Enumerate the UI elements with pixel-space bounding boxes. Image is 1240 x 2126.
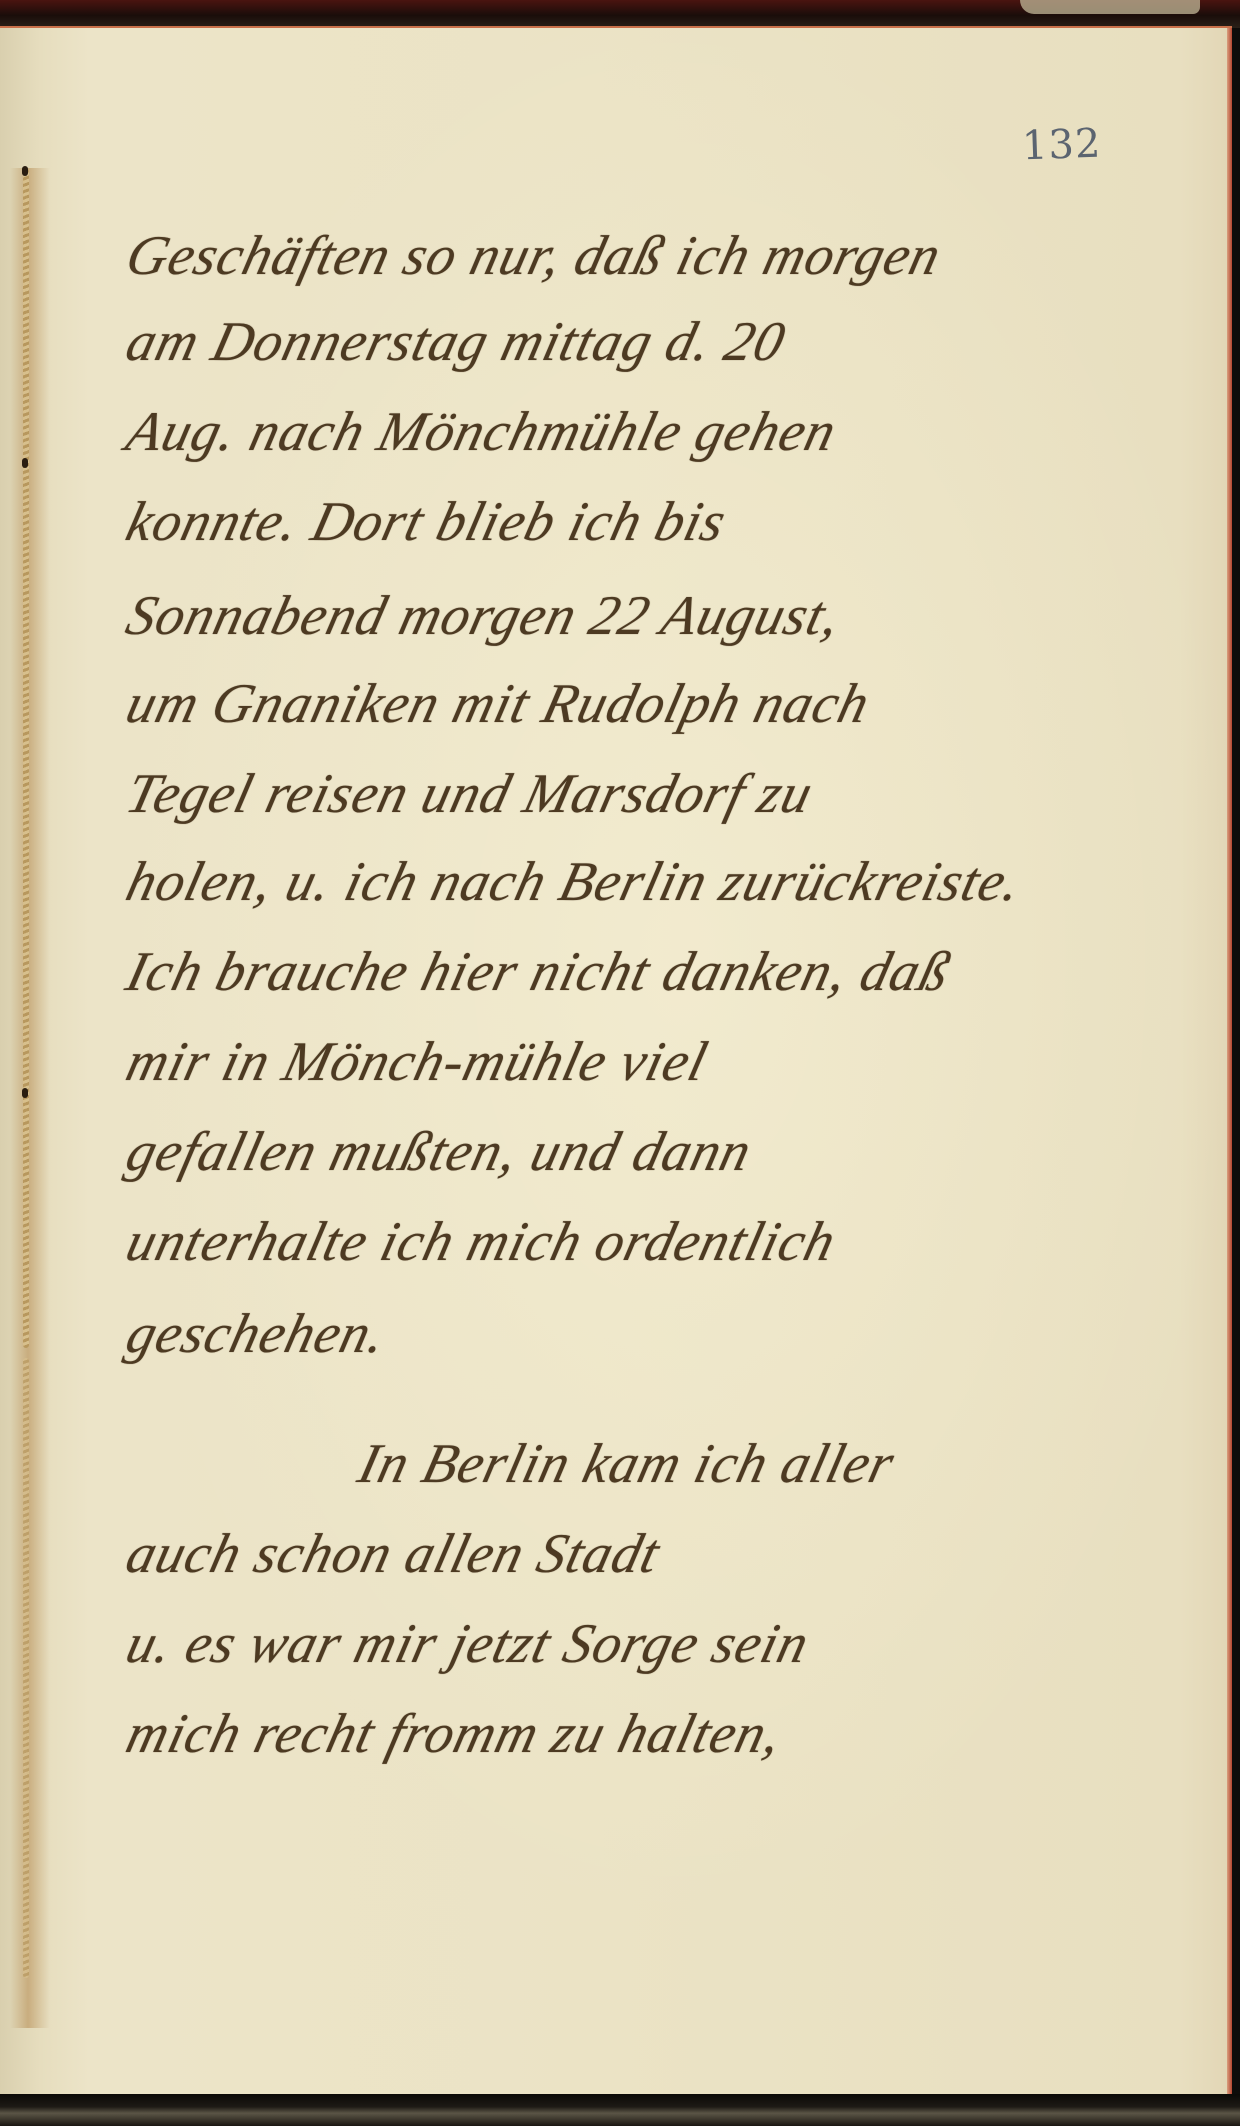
binding-thread — [23, 1358, 29, 1978]
text-line: Aug. nach Mönchmühle gehen — [120, 400, 843, 464]
book-cover-top-edge — [0, 0, 1240, 28]
stitch-hole — [22, 1088, 28, 1098]
text-line: auch schon allen Stadt — [120, 1522, 667, 1586]
folio-number: 132 — [1021, 121, 1102, 170]
text-line: Geschäften so nur, daß ich morgen — [120, 224, 948, 288]
stitch-hole — [22, 166, 28, 176]
text-line: um Gnaniken mit Rudolph nach — [120, 672, 876, 736]
stitch-hole — [22, 458, 28, 468]
text-line: Ich brauche hier nicht danken, daß — [120, 940, 957, 1004]
text-line: mir in Mönch-mühle viel — [120, 1030, 714, 1094]
binding-thread — [23, 468, 29, 1348]
text-line: holen, u. ich nach Berlin zurückreiste. — [120, 850, 1028, 914]
text-line: mich recht fromm zu halten, — [120, 1702, 789, 1766]
spine-stain — [10, 168, 50, 2028]
text-line: konnte. Dort blieb ich bis — [120, 490, 733, 554]
manuscript-page: 132 Geschäften so nur, daß ich morgen am… — [0, 26, 1232, 2098]
text-line: Tegel reisen und Marsdorf zu — [120, 762, 819, 826]
text-line: unterhalte ich mich ordentlich — [120, 1210, 843, 1274]
text-line: In Berlin kam ich aller — [352, 1432, 901, 1496]
text-line: gefallen mußten, und dann — [120, 1120, 758, 1184]
text-line: Sonnabend morgen 22 August, — [120, 584, 847, 648]
binding-thread — [23, 168, 29, 498]
red-page-edge — [1227, 28, 1232, 2098]
text-line: u. es war mir jetzt Sorge sein — [120, 1612, 816, 1676]
text-line: geschehen. — [120, 1302, 393, 1366]
book-cover-bottom-edge — [0, 2094, 1240, 2126]
text-line: am Donnerstag mittag d. 20 — [120, 310, 792, 374]
